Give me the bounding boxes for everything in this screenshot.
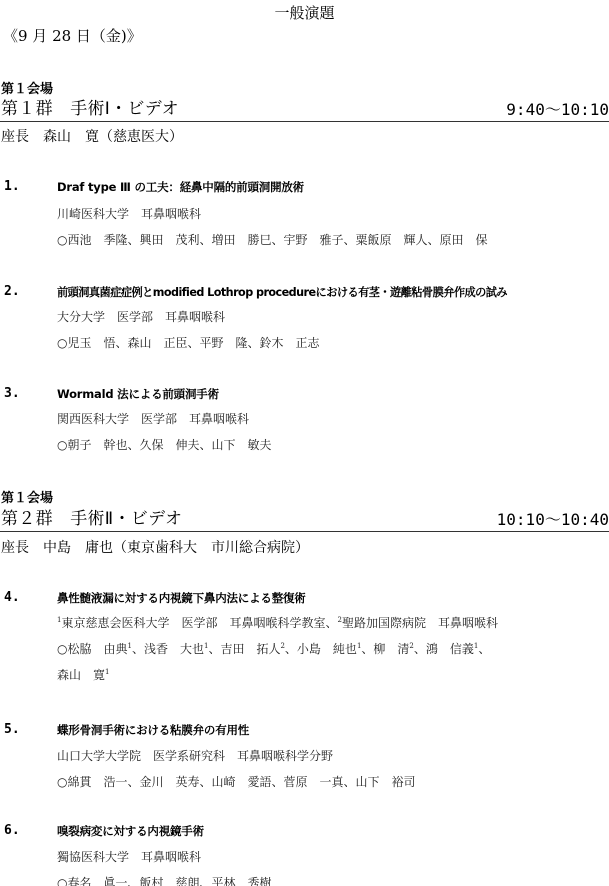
entry-affiliation: 1東京慈恵会医科大学 医学部 耳鼻咽喉科学教室、2聖路加国際病院 耳鼻咽喉科 [57, 614, 498, 631]
entry-authors: ○西池 季隆、興田 茂利、増田 勝巳、宇野 雅子、粟飯原 輝人、原田 保 [57, 231, 487, 248]
entry-affiliation: 川崎医科大学 耳鼻咽喉科 [57, 205, 201, 222]
page-title: 一般演題 [0, 2, 609, 23]
entry-affiliation: 獨協医科大学 耳鼻咽喉科 [57, 848, 201, 865]
entry-affiliation: 大分大学 医学部 耳鼻咽喉科 [57, 308, 225, 325]
entry-authors: ○児玉 悟、森山 正臣、平野 隆、鈴木 正志 [57, 334, 319, 351]
venue-label: 第１会場 [1, 78, 53, 97]
group-header: 第２群 手術Ⅱ・ビデオ 10:10〜10:40 [0, 509, 609, 532]
entry-title: 嗅裂病変に対する内視鏡手術 [57, 823, 204, 839]
group-title: 第１群 手術Ⅰ・ビデオ [1, 99, 179, 120]
entry-authors: ○春名 眞一、飯村 慈朗、平林 秀樹 [57, 874, 271, 886]
entry-title: Draf type Ⅲ の工夫：経鼻中隔的前頭洞開放術 [57, 179, 304, 195]
entry-number: 6. [4, 823, 20, 838]
entry-number: 4. [4, 590, 20, 605]
entry-authors: ○綿貫 浩一、金川 英寿、山崎 愛語、菅原 一真、山下 裕司 [57, 773, 415, 790]
entry-affiliation: 山口大学大学院 医学系研究科 耳鼻咽喉科学分野 [57, 747, 333, 764]
entry-number: 1. [4, 179, 20, 194]
entry-number: 5. [4, 722, 20, 737]
group-title: 第２群 手術Ⅱ・ビデオ [1, 509, 182, 530]
entry-authors: ○朝子 幹也、久保 伸夫、山下 敏夫 [57, 436, 271, 453]
chair-line: 座長 森山 寛（慈恵医大） [1, 126, 183, 146]
venue-label: 第１会場 [1, 487, 53, 506]
entry-affiliation: 関西医科大学 医学部 耳鼻咽喉科 [57, 410, 249, 427]
group-time: 9:40〜10:10 [506, 99, 609, 120]
chair-line: 座長 中島 庸也（東京歯科大 市川総合病院） [1, 537, 309, 557]
entry-authors-continued: 森山 寛1 [57, 666, 109, 683]
entry-title: 前頭洞真菌症症例とmodified Lothrop procedureにおける有… [57, 284, 507, 300]
entry-authors: ○松脇 由典1、浅香 大也1、吉田 拓人2、小島 純也1、柳 清2、鴻 信義1、 [57, 640, 490, 657]
entry-title: 蝶形骨洞手術における粘膜弁の有用性 [57, 722, 249, 738]
entry-number: 2. [4, 284, 20, 299]
entry-number: 3. [4, 386, 20, 401]
date-line: 《9 月 28 日（金)》 [3, 25, 142, 46]
group-time: 10:10〜10:40 [497, 509, 609, 530]
group-header: 第１群 手術Ⅰ・ビデオ 9:40〜10:10 [0, 99, 609, 122]
entry-title: Wormald 法による前頭洞手術 [57, 386, 219, 402]
entry-title: 鼻性髄液漏に対する内視鏡下鼻内法による整復術 [57, 590, 306, 606]
